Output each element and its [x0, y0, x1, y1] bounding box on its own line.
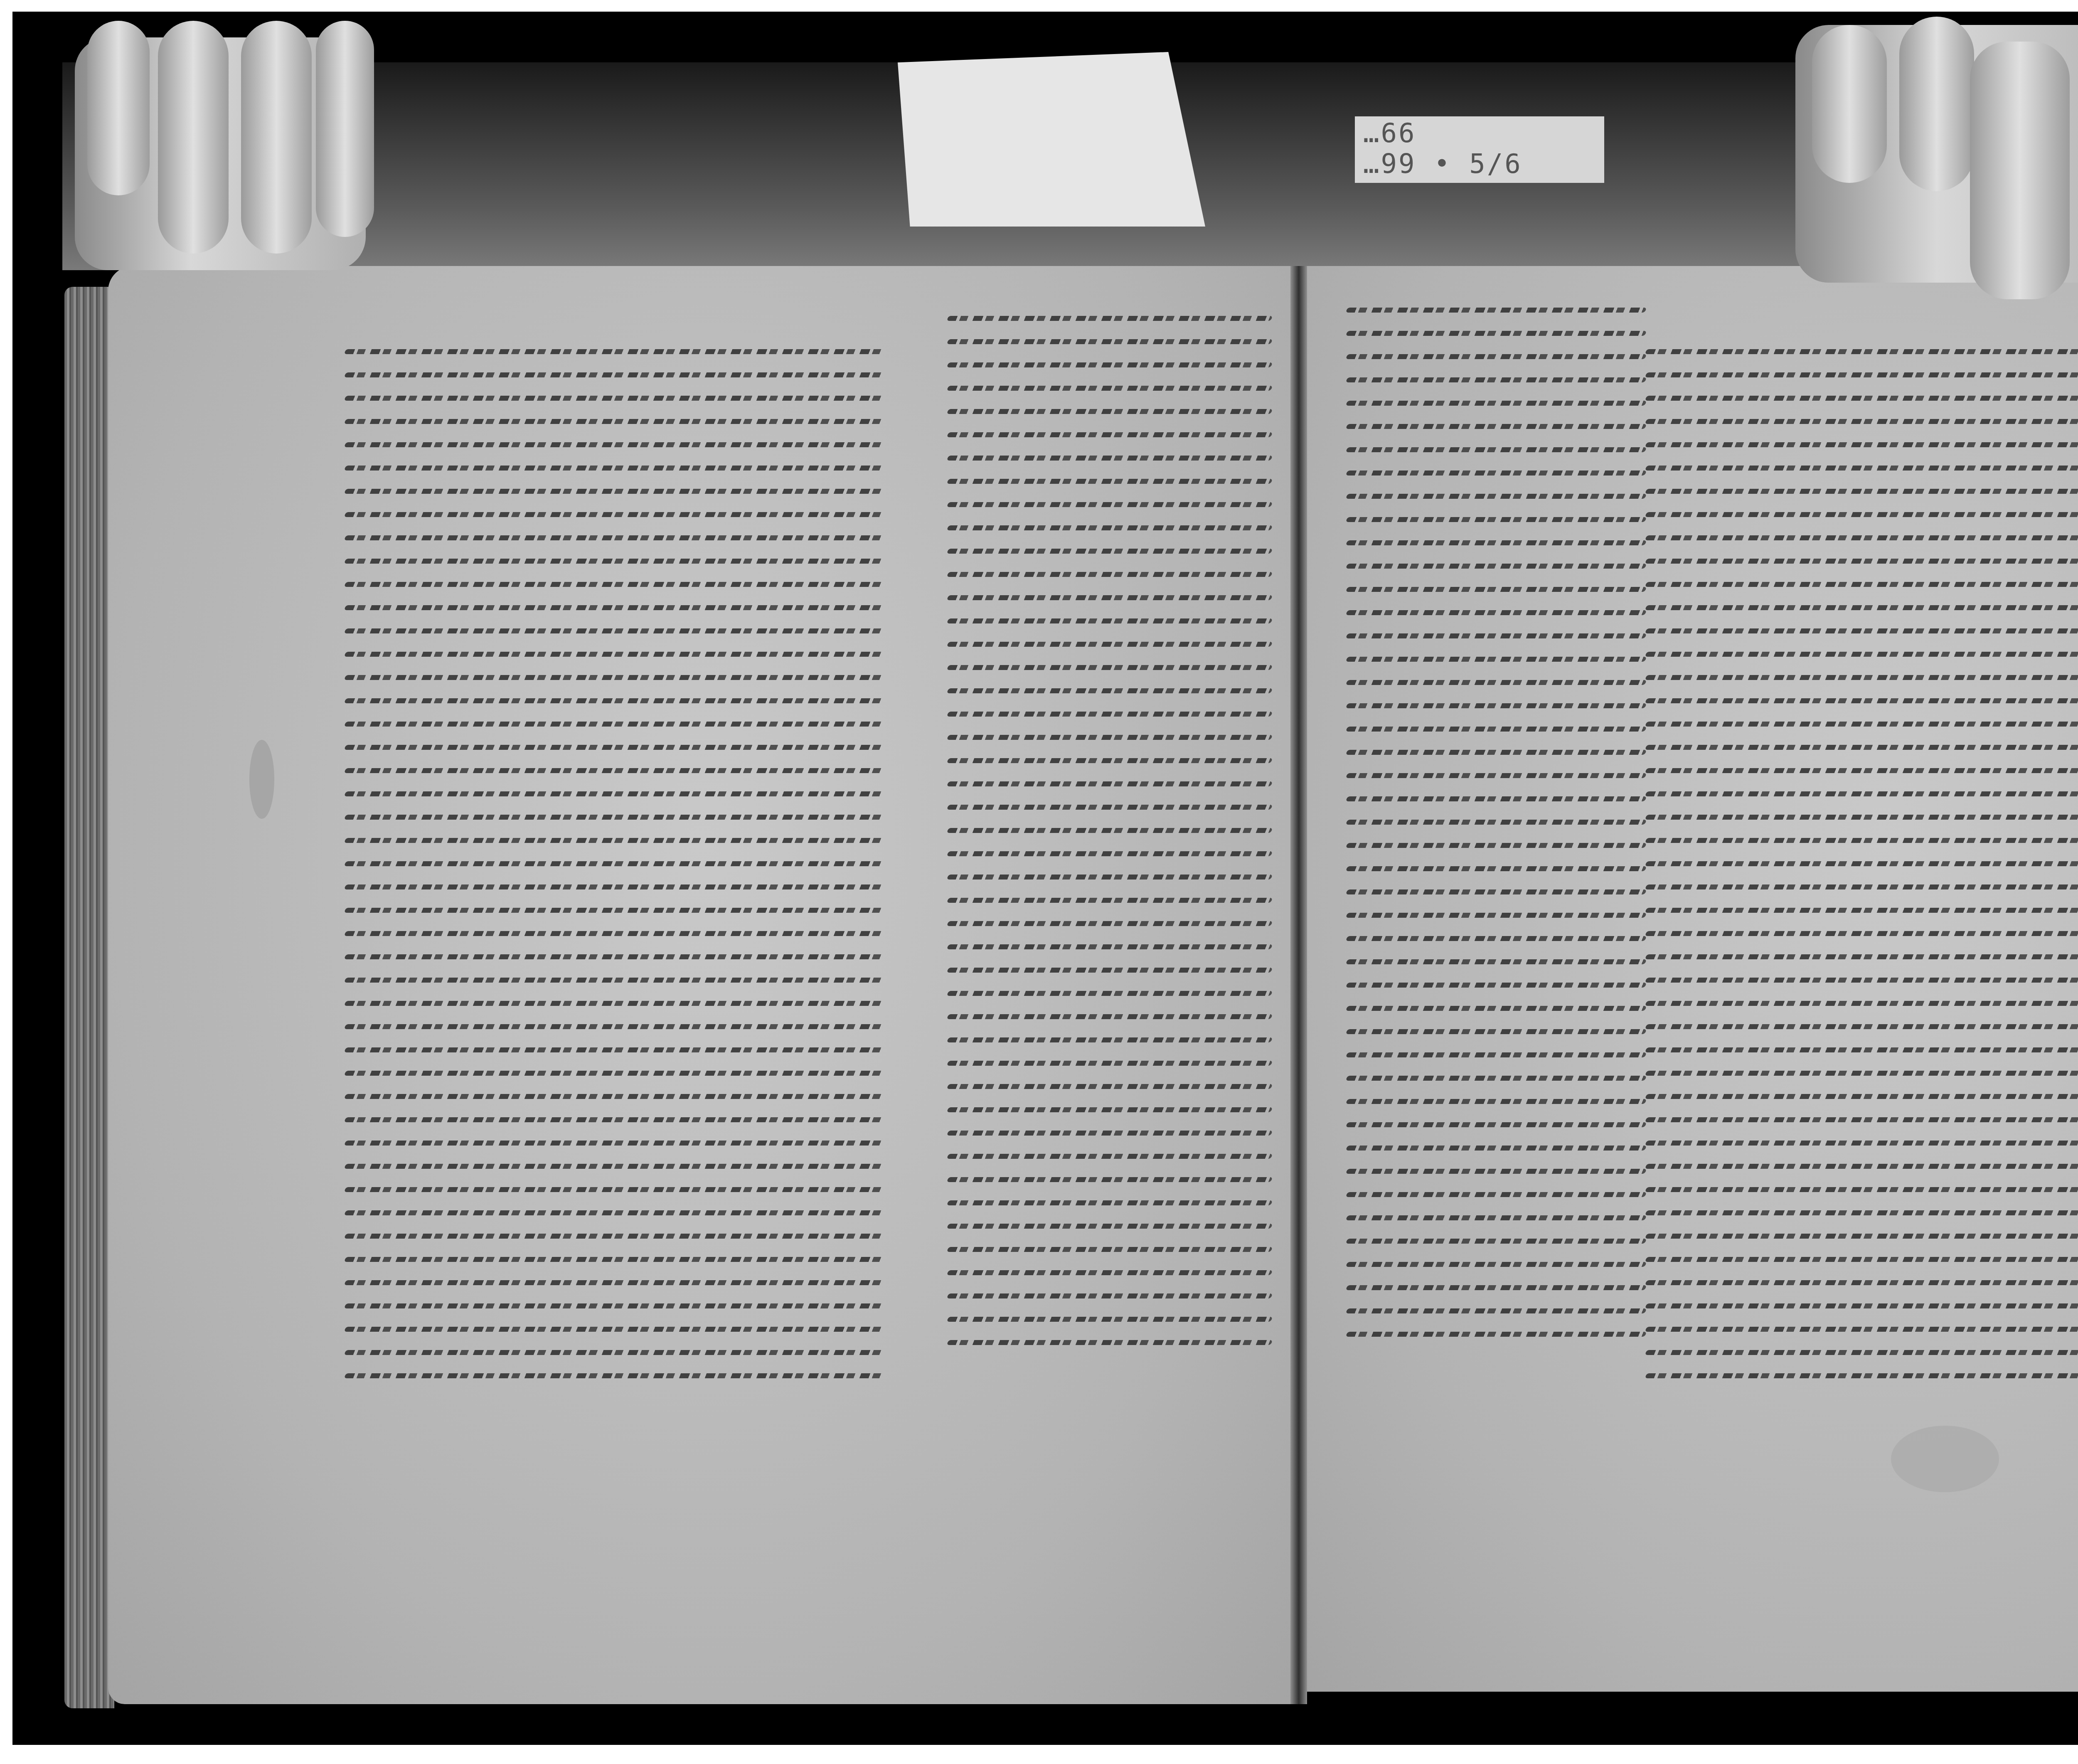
finger: [158, 21, 229, 254]
catalog-label-line1: …66: [1363, 118, 1596, 149]
finger: [1812, 25, 1887, 183]
catalog-label-line2: …99 • 5/6: [1363, 149, 1596, 180]
right-page-column-outer: [1646, 349, 2078, 1397]
right-page-column-inner: [1347, 308, 1646, 1355]
right-hand: [1795, 25, 2078, 283]
thumb: [1970, 42, 2070, 299]
finger: [1899, 17, 1974, 191]
paper-tab-slip: [898, 52, 1205, 227]
finger: [241, 21, 312, 254]
finger: [316, 21, 374, 237]
page-stain: [249, 740, 274, 819]
finger: [87, 21, 150, 195]
left-hand: [75, 37, 366, 270]
catalog-label-slip: …66 …99 • 5/6: [1355, 116, 1604, 183]
book-gutter: [1290, 266, 1307, 1704]
left-page-column-inner: [948, 316, 1272, 1363]
page-stain: [1891, 1426, 1999, 1492]
book-fore-edge-left: [64, 287, 114, 1708]
left-page-column-outer: [345, 349, 885, 1397]
